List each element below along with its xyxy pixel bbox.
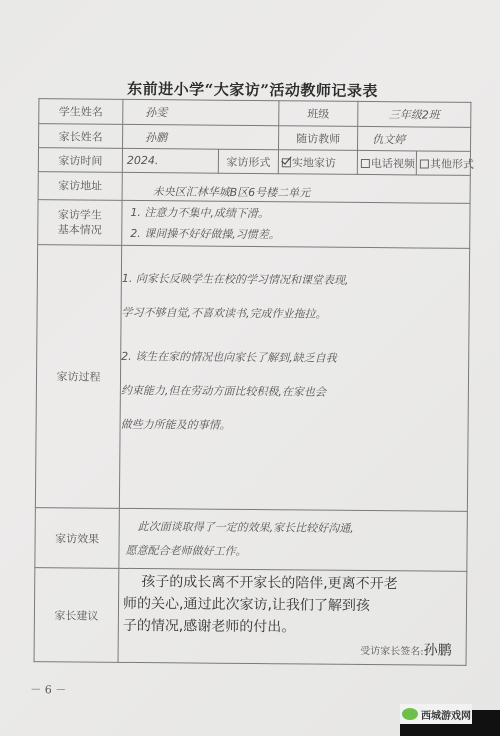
row-parent-suggestion: 家长建议 孩子的成长离不开家长的陪伴,更离不开老 师的关心,通过此次家访,让我们… <box>34 568 467 666</box>
site-logo-icon <box>402 708 418 720</box>
option-onsite-visit[interactable]: 实地家访 <box>278 150 357 175</box>
effect-value: 此次面谈取得了一定的效果,家长比较好沟通, 愿意配合老师做好工作。 <box>119 508 468 571</box>
row-basic-info: 家访学生 基本情况 1. 注意力不集中,成绩下滑。 2. 课间操不好好做操,习惯… <box>38 200 470 249</box>
parent-signature: 受访家长签名:孙鹏 <box>123 637 462 660</box>
visit-time-label: 家访时间 <box>38 148 122 173</box>
suggestion-line: 师的关心,通过此次家访,让我们了解到孩 <box>123 593 462 618</box>
basic-info-value: 1. 注意力不集中,成绩下滑。 2. 课间操不好好做操,习惯差。 <box>122 200 470 248</box>
visit-time-value: 2024. <box>122 148 218 173</box>
signature-label: 受访家长签名: <box>360 646 423 658</box>
class-label: 班级 <box>279 101 358 127</box>
effect-label: 家访效果 <box>35 508 120 569</box>
basic-info-label-line1: 家访学生 <box>38 207 121 223</box>
process-line: 1. 向家长反映学生在校的学习情况和课堂表现, <box>122 262 469 299</box>
accompanying-teacher-label: 随访教师 <box>279 126 358 151</box>
parent-name-label: 家长姓名 <box>39 124 123 149</box>
address-label: 家访地址 <box>38 172 122 201</box>
basic-info-line: 1. 注意力不集中,成绩下滑。 <box>130 202 469 226</box>
form-title: 东前进小学“大家访”活动教师记录表 <box>102 78 402 102</box>
process-line: 2. 该生在家的情况也向家长了解到,缺乏自我 <box>121 340 468 377</box>
accompanying-teacher-value: 仇文婷 <box>358 126 471 151</box>
option-phone-video[interactable]: 电话视频 <box>357 150 416 175</box>
effect-line: 愿意配合老师做好工作。 <box>125 538 466 565</box>
basic-info-line: 2. 课间操不好好做操,习惯差。 <box>130 223 469 247</box>
option-label: 实地家访 <box>292 156 336 169</box>
class-value: 三年级2班 <box>358 101 471 127</box>
visit-form-label: 家访形式 <box>218 149 278 174</box>
process-line: 做些力所能及的事情。 <box>120 408 467 445</box>
row-address: 家访地址 未央区汇林华城B区6号楼二单元 <box>38 172 470 204</box>
document-page: 东前进小学“大家访”活动教师记录表 学生姓名 孙雯 班级 三年级2班 家长姓名 … <box>0 0 500 736</box>
process-line: 约束能力,但在劳动方面比较积极,在家也会 <box>121 374 468 411</box>
signature-name: 孙鹏 <box>424 643 452 659</box>
address-value: 未央区汇林华城B区6号楼二单元 <box>122 172 470 203</box>
parent-name-value: 孙鹏 <box>123 124 279 149</box>
option-other[interactable]: 其他形式 <box>416 151 470 175</box>
checkbox-icon[interactable] <box>420 159 429 168</box>
page-number: － 6 － <box>30 681 66 697</box>
process-value: 1. 向家长反映学生在校的学习情况和课堂表现, 学习不够自觉,不喜欢读书,完成作… <box>119 245 469 511</box>
checkbox-icon[interactable] <box>361 158 370 167</box>
watermark-text: 西城游戏网 <box>421 707 471 722</box>
row-process: 家访过程 1. 向家长反映学生在校的学习情况和课堂表现, 学习不够自觉,不喜欢读… <box>35 245 469 512</box>
row-student: 学生姓名 孙雯 班级 三年级2班 <box>39 99 471 128</box>
basic-info-label-line2: 基本情况 <box>38 222 121 238</box>
parent-suggestion-value: 孩子的成长离不开家长的陪伴,更离不开老 师的关心,通过此次家访,让我们了解到孩 … <box>118 568 467 665</box>
checkbox-checked-icon[interactable] <box>282 158 291 167</box>
option-label: 其他形式 <box>430 157 474 170</box>
option-label: 电话视频 <box>371 157 415 170</box>
visit-record-table: 学生姓名 孙雯 班级 三年级2班 家长姓名 孙鹏 随访教师 仇文婷 家访时间 2… <box>34 98 472 666</box>
parent-suggestion-text: 孩子的成长离不开家长的陪伴,更离不开老 师的关心,通过此次家访,让我们了解到孩 … <box>123 571 463 640</box>
student-name-label: 学生姓名 <box>39 99 123 125</box>
suggestion-line: 孩子的成长离不开家长的陪伴,更离不开老 <box>123 571 462 596</box>
basic-info-label: 家访学生 基本情况 <box>38 200 122 246</box>
row-effect: 家访效果 此次面谈取得了一定的效果,家长比较好沟通, 愿意配合老师做好工作。 <box>35 508 468 572</box>
student-name-value: 孙雯 <box>123 99 279 125</box>
parent-suggestion-label: 家长建议 <box>34 568 119 663</box>
process-line: 学习不够自觉,不喜欢读书,完成作业拖拉。 <box>121 296 468 333</box>
suggestion-line: 子的情况,感谢老师的付出。 <box>123 615 462 640</box>
effect-line: 此次面谈取得了一定的效果,家长比较好沟通, <box>126 514 467 541</box>
watermark: 西城游戏网 <box>400 710 500 736</box>
process-label: 家访过程 <box>35 245 121 509</box>
